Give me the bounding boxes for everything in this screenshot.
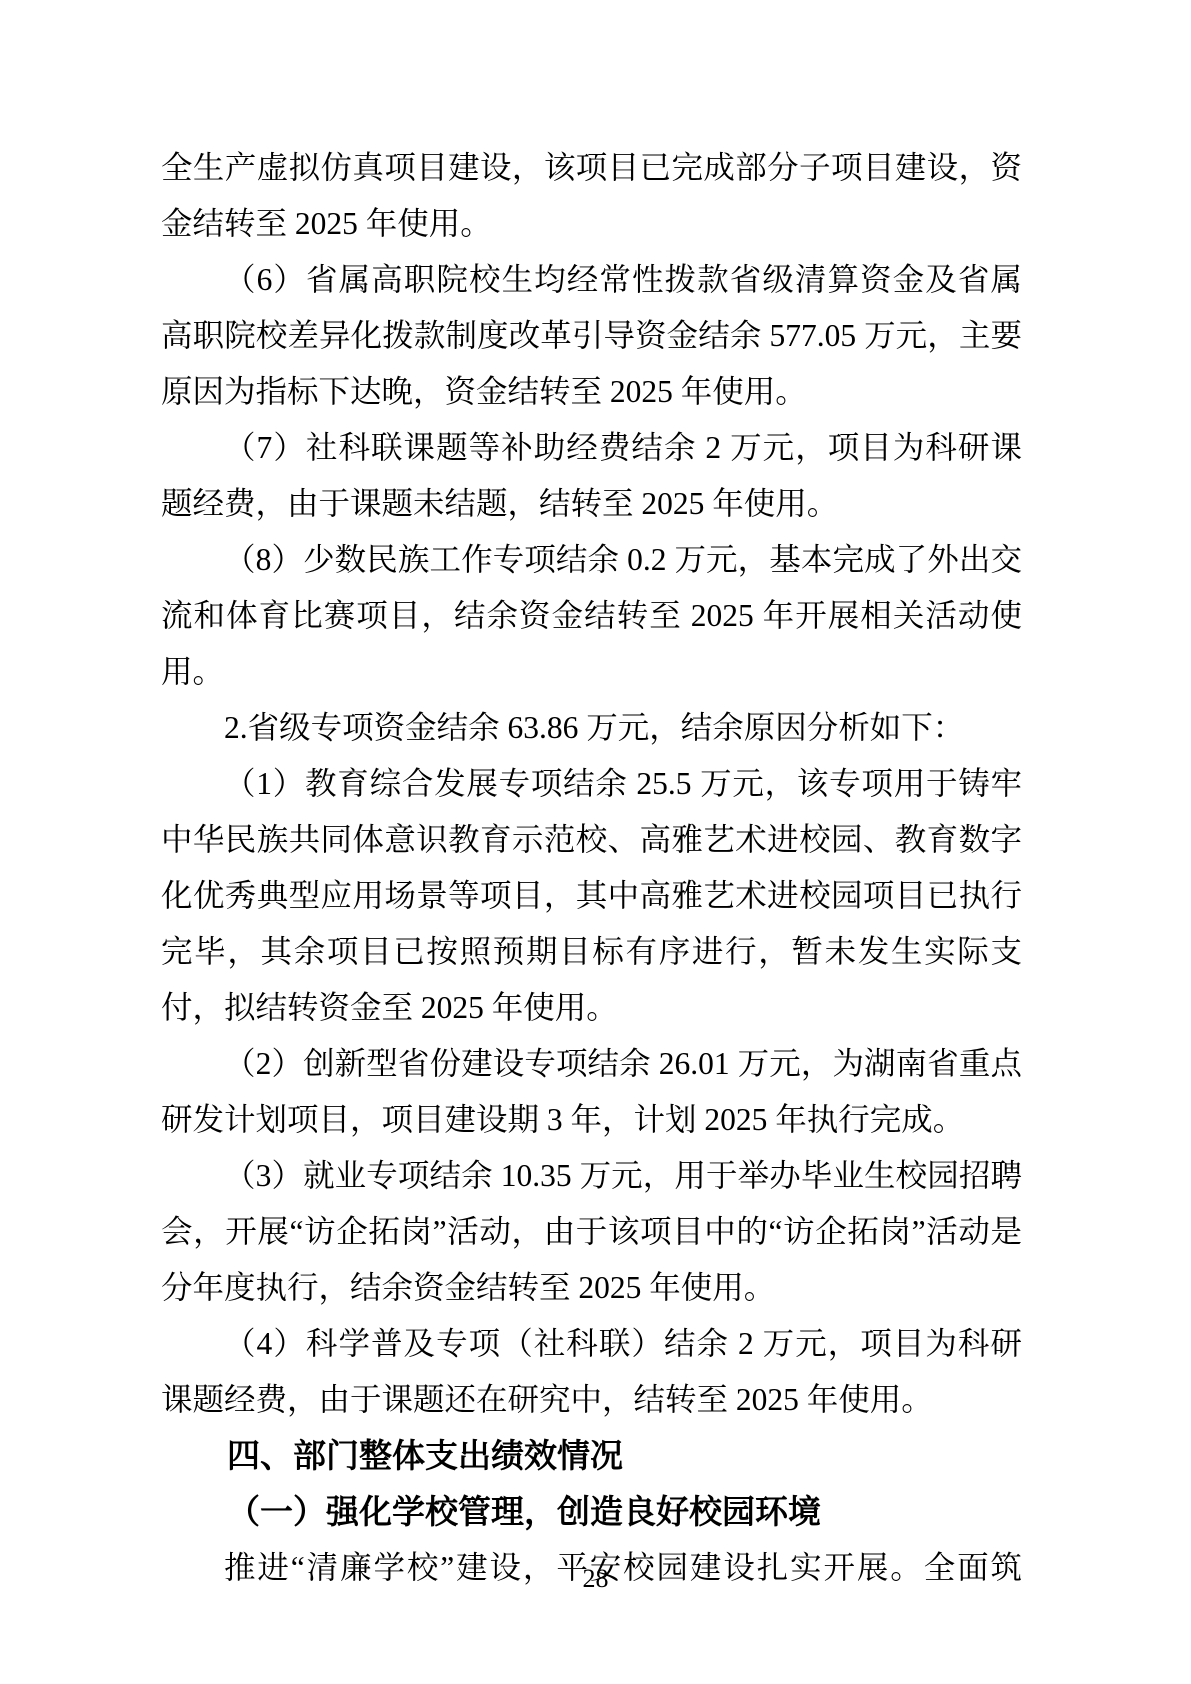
document-body: 全生产虚拟仿真项目建设，该项目已完成部分子项目建设，资金结转至 2025 年使用…	[161, 140, 1022, 1596]
subsection-heading: （一）强化学校管理，创造良好校园环境	[161, 1484, 1022, 1540]
paragraph-item-3: （3）就业专项结余 10.35 万元，用于举办毕业生校园招聘会，开展“访企拓岗”…	[161, 1148, 1022, 1316]
page-number: 28	[0, 1564, 1191, 1594]
paragraph-item-7: （7）社科联课题等补助经费结余 2 万元，项目为科研课题经费，由于课题未结题，结…	[161, 420, 1022, 532]
document-page: 全生产虚拟仿真项目建设，该项目已完成部分子项目建设，资金结转至 2025 年使用…	[0, 0, 1191, 1684]
paragraph-item-4: （4）科学普及专项（社科联）结余 2 万元，项目为科研课题经费，由于课题还在研究…	[161, 1316, 1022, 1428]
paragraph-provincial-special-funds: 2.省级专项资金结余 63.86 万元，结余原因分析如下：	[161, 700, 1022, 756]
paragraph-item-6: （6）省属高职院校生均经常性拨款省级清算资金及省属高职院校差异化拨款制度改革引导…	[161, 252, 1022, 420]
paragraph-item-1: （1）教育综合发展专项结余 25.5 万元，该专项用于铸牢中华民族共同体意识教育…	[161, 756, 1022, 1036]
section-heading: 四、部门整体支出绩效情况	[161, 1428, 1022, 1484]
paragraph-item-2: （2）创新型省份建设专项结余 26.01 万元，为湖南省重点研发计划项目，项目建…	[161, 1036, 1022, 1148]
paragraph-item-8: （8）少数民族工作专项结余 0.2 万元，基本完成了外出交流和体育比赛项目，结余…	[161, 532, 1022, 700]
paragraph-continuation: 全生产虚拟仿真项目建设，该项目已完成部分子项目建设，资金结转至 2025 年使用…	[161, 140, 1022, 252]
